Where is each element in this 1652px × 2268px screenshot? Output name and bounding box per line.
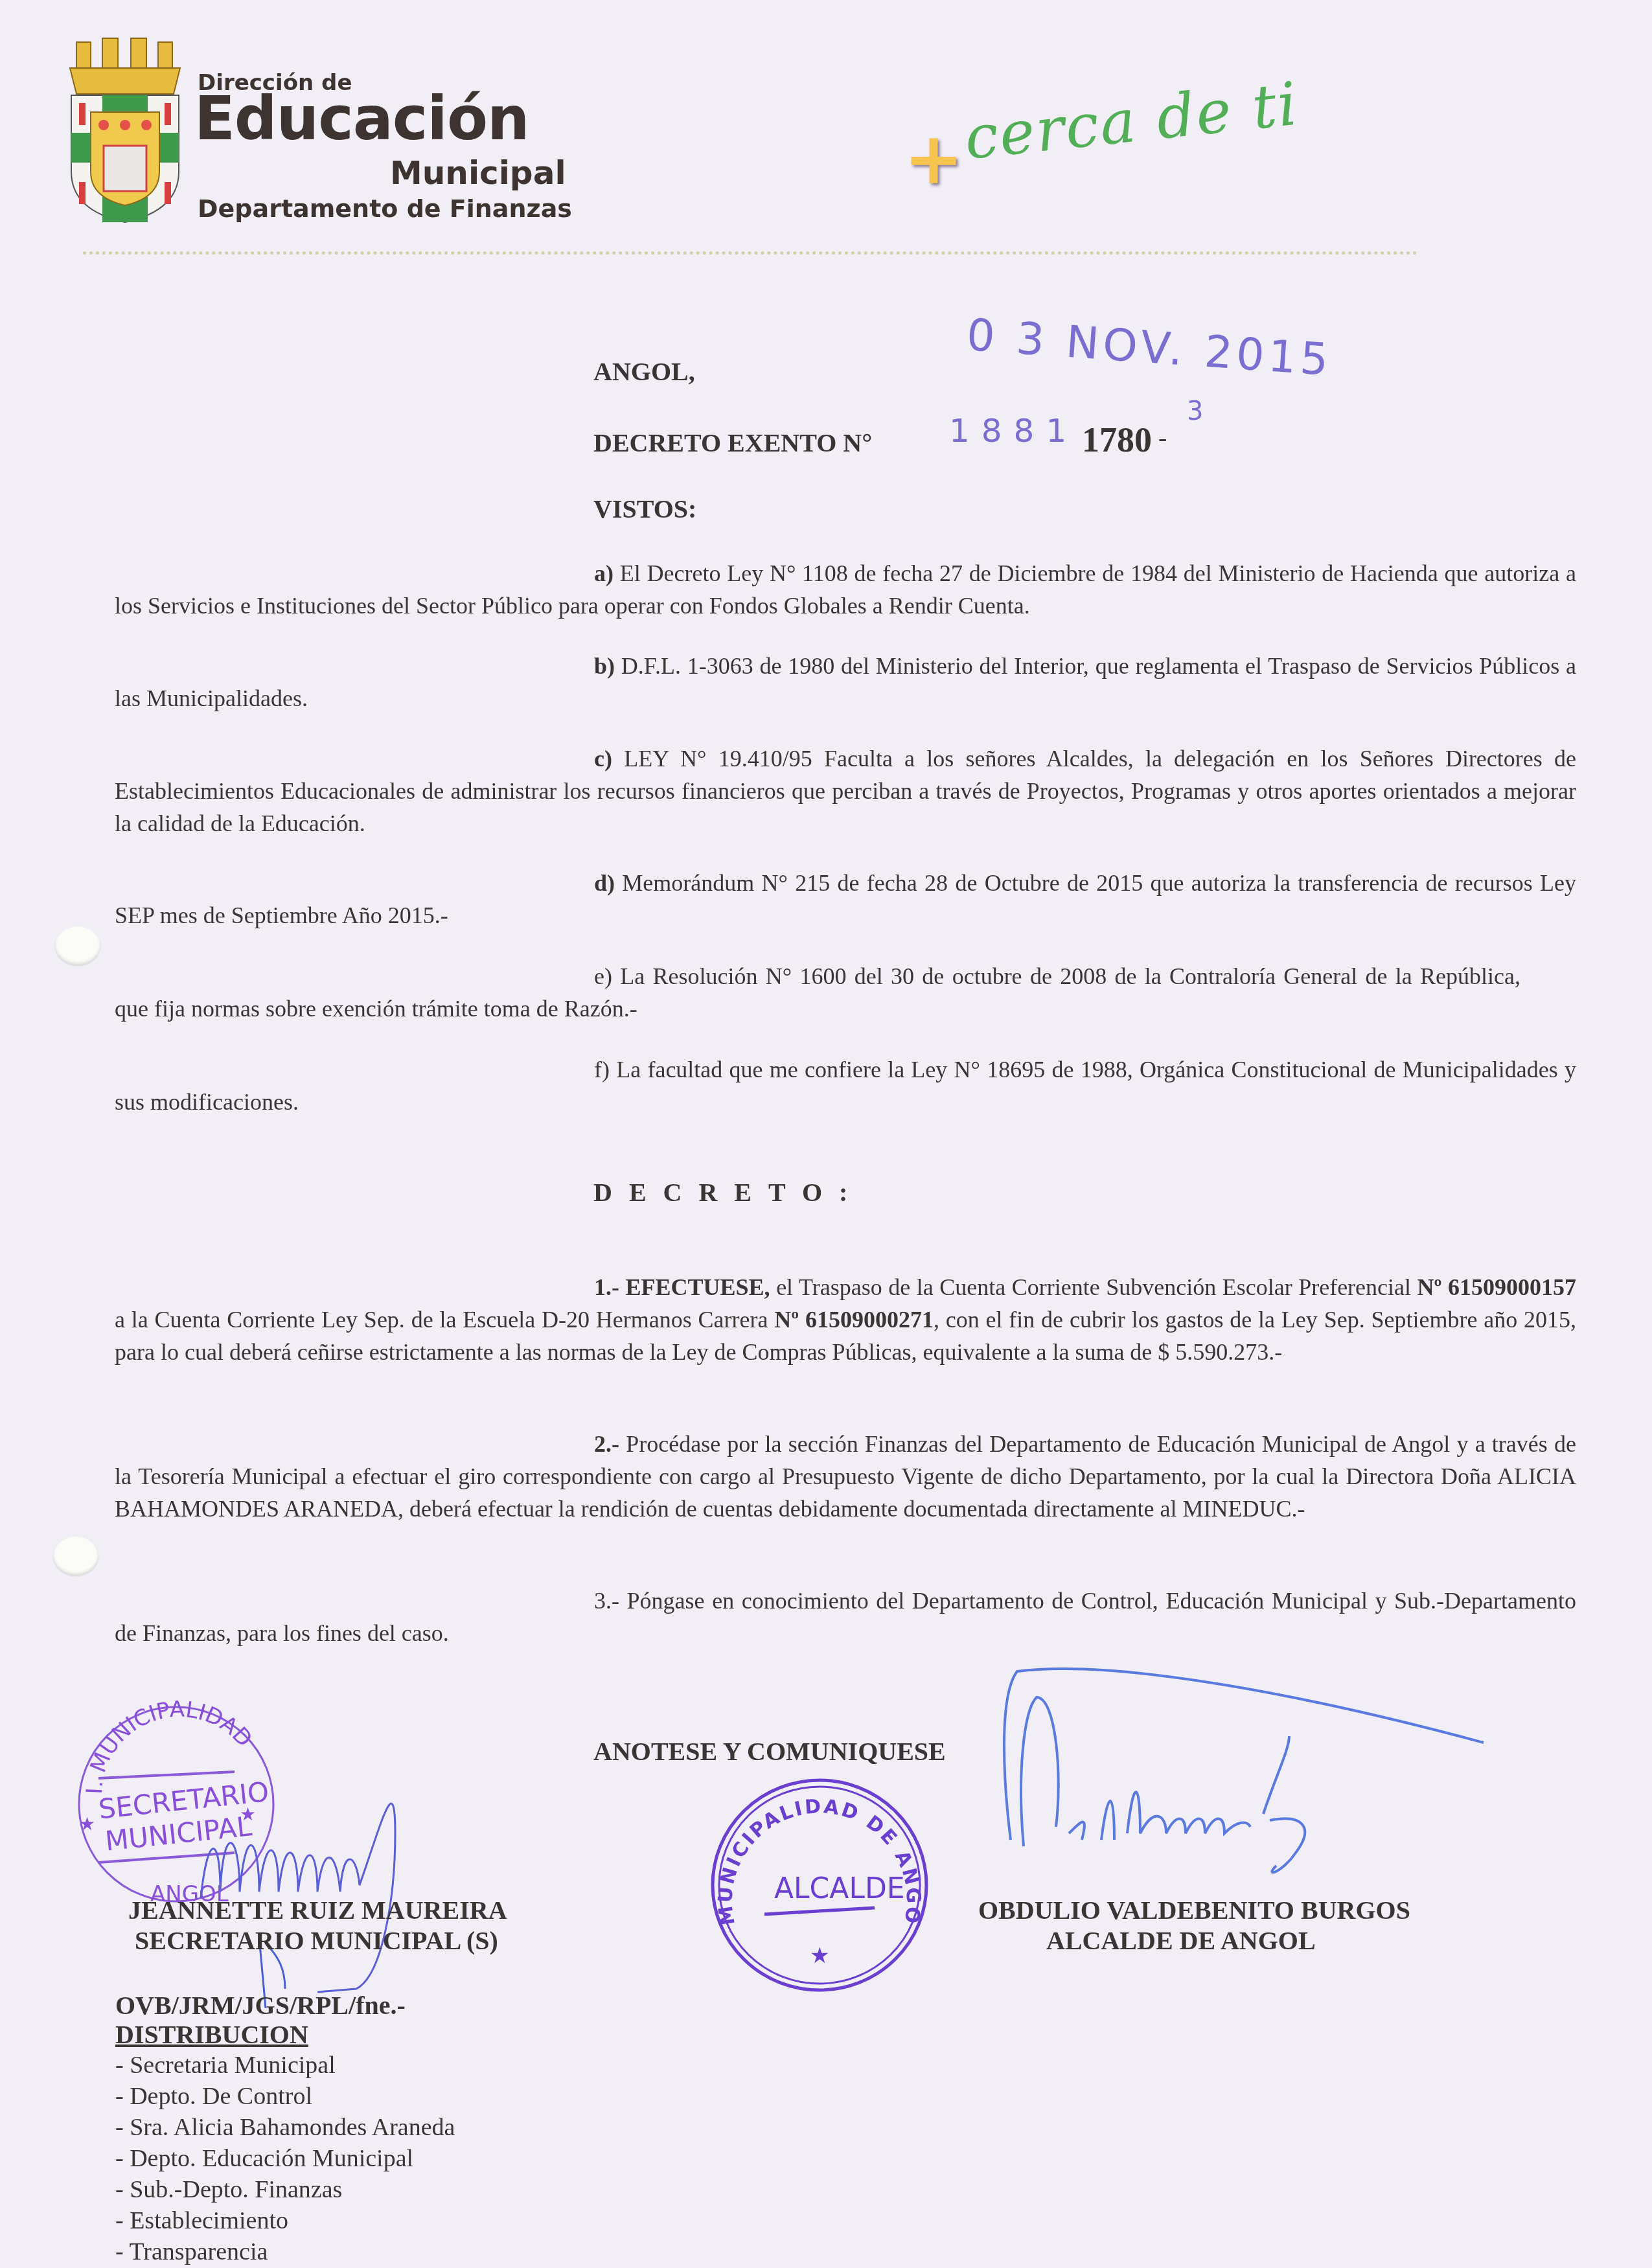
slogan-text: cerca de ti	[961, 69, 1302, 173]
decree-number: 1780	[1082, 420, 1152, 460]
visto-text: El Decreto Ley N° 1108 de fecha 27 de Di…	[115, 560, 1576, 619]
svg-text:★: ★	[79, 1813, 95, 1835]
account-from: Nº 61509000157	[1417, 1274, 1576, 1300]
alcalde-signature	[991, 1658, 1497, 1892]
decree-label: DECRETO EXENTO N°	[593, 428, 872, 458]
vistos-heading: VISTOS:	[593, 494, 696, 524]
closing-formula: ANOTESE Y COMUNIQUESE	[593, 1736, 946, 1767]
municipal-crest-logo	[63, 36, 187, 223]
visto-label: e)	[594, 963, 612, 989]
visto-label: f)	[594, 1057, 610, 1082]
visto-b: b) D.F.L. 1-3063 de 1980 del Ministerio …	[115, 650, 1576, 715]
visto-d: d) Memorándum N° 215 de fecha 28 de Octu…	[115, 867, 1576, 932]
visto-f: f) La facultad que me confiere la Ley N°…	[115, 1053, 1576, 1118]
svg-text:★: ★	[810, 1943, 829, 1969]
distribution-item: - Transparencia	[115, 2236, 455, 2267]
article-2: 2.- Procédase por la sección Finanzas de…	[115, 1428, 1576, 1525]
visto-text: La Resolución N° 1600 del 30 de octubre …	[115, 963, 1520, 1022]
visto-text: LEY N° 19.410/95 Faculta a los señores A…	[115, 746, 1576, 836]
slogan-plus-icon: +	[904, 123, 963, 194]
article-text: a la Cuenta Corriente Ley Sep. de la Esc…	[115, 1307, 774, 1333]
header-divider	[83, 251, 1417, 255]
visto-text: La facultad que me confiere la Ley N° 18…	[115, 1057, 1576, 1115]
visto-a: a) El Decreto Ley N° 1108 de fecha 27 de…	[115, 557, 1576, 622]
article-3: 3.- Póngase en conocimiento del Departam…	[115, 1585, 1576, 1649]
punch-hole	[53, 1537, 98, 1575]
distribution-item: - Secretaria Municipal	[115, 2050, 455, 2081]
alcalde-stamp: MUNICIPALIDAD DE ANGOL ALCALDE ★	[700, 1775, 939, 1995]
alcalde-role: ALCALDE DE ANGOL	[1046, 1925, 1316, 1956]
header-educacion: Educación	[194, 89, 529, 149]
article-text: Procédase por la sección Finanzas del De…	[115, 1431, 1576, 1522]
distribution-item: - Sra. Alicia Bahamondes Araneda	[115, 2112, 455, 2143]
decree-number-suffix: -	[1158, 422, 1167, 453]
reference-initials: OVB/JRM/JGS/RPL/fne.-	[115, 1990, 406, 2021]
article-text: el Traspaso de la Cuenta Corriente Subve…	[770, 1274, 1417, 1300]
visto-e: e) La Resolución N° 1600 del 30 de octub…	[115, 960, 1520, 1025]
secretario-name: JEANNETTE RUIZ MAUREIRA	[128, 1895, 507, 1925]
visto-label: d)	[594, 870, 615, 896]
date-stamp: 0 3 NOV. 2015	[965, 310, 1333, 386]
header-departamento-finanzas: Departamento de Finanzas	[198, 194, 572, 223]
visto-label: b)	[594, 653, 615, 679]
header-municipal: Municipal	[390, 154, 566, 192]
number-stamp: 1881	[949, 412, 1078, 450]
distribution-list: - Secretaria Municipal - Depto. De Contr…	[115, 2050, 455, 2267]
distribution-item: - Depto. Educación Municipal	[115, 2143, 455, 2174]
visto-label: a)	[594, 560, 614, 586]
article-number: 2.-	[594, 1431, 619, 1457]
article-keyword: EFECTUESE,	[626, 1274, 770, 1300]
visto-label: c)	[594, 746, 612, 772]
article-number: 1.-	[594, 1274, 619, 1300]
punch-hole	[55, 926, 100, 965]
distribution-title: DISTRIBUCION	[115, 2019, 308, 2050]
number-stamp-mark: 3	[1187, 396, 1203, 426]
account-to: Nº 61509000271	[774, 1307, 934, 1333]
article-1: 1.- EFECTUESE, el Traspaso de la Cuenta …	[115, 1271, 1576, 1368]
slogan-logo: + cerca de ti	[904, 104, 1305, 188]
visto-c: c) LEY N° 19.410/95 Faculta a los señore…	[115, 742, 1576, 840]
distribution-item: - Establecimiento	[115, 2205, 455, 2236]
secretario-role: SECRETARIO MUNICIPAL (S)	[135, 1925, 498, 1956]
stamp-center-text: ALCALDE	[774, 1872, 905, 1905]
decreto-heading: DECRETO:	[593, 1177, 864, 1208]
city-label: ANGOL,	[593, 356, 695, 387]
visto-text: D.F.L. 1-3063 de 1980 del Ministerio del…	[115, 653, 1576, 711]
article-number: 3.-	[594, 1588, 619, 1614]
article-text: Póngase en conocimiento del Departamento…	[115, 1588, 1576, 1646]
distribution-item: - Depto. De Control	[115, 2081, 455, 2112]
visto-text: Memorándum N° 215 de fecha 28 de Octubre…	[115, 870, 1576, 928]
distribution-item: - Sub.-Depto. Finanzas	[115, 2174, 455, 2205]
alcalde-name: OBDULIO VALDEBENITO BURGOS	[978, 1895, 1410, 1925]
